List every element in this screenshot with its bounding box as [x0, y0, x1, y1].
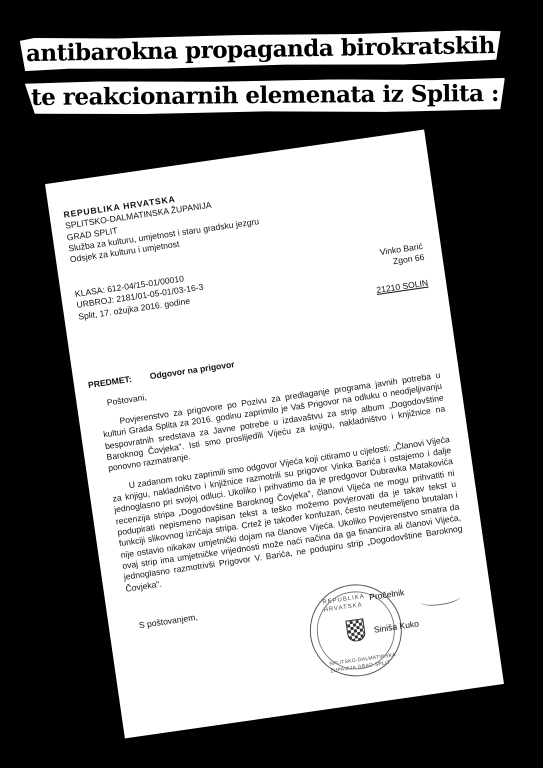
- headline-line-2: te reakcionarnih elemenata iz Splita :: [25, 78, 505, 115]
- coat-of-arms-icon: [345, 618, 366, 642]
- letter-document: REPUBLIKA HRVATSKA SPLITSKO-DALMATINSKA …: [45, 129, 504, 738]
- subject-line: PREDMET: Odgovor na prigovor: [87, 359, 235, 391]
- recipient-city: 21210 SOLIN: [375, 277, 428, 296]
- sender-block: REPUBLIKA HRVATSKA SPLITSKO-DALMATINSKA …: [62, 182, 261, 266]
- reference-block: KLASA: 612-04/15-01/00010 URBROJ: 2181/0…: [74, 270, 206, 322]
- closing: S poštovanjem,: [138, 611, 198, 631]
- signer-name: Siniša Kuko: [373, 618, 420, 636]
- headline-line-1: antibarokna propaganda birokratskih: [20, 30, 501, 71]
- recipient-block: Vinko Barić Zgon 66 21210 SOLIN: [370, 240, 428, 295]
- letter-body: Povjerenstvo za prigovore po Pozivu za p…: [101, 369, 466, 602]
- subject-label: PREDMET:: [87, 373, 132, 389]
- signer-block: Pročelnik Siniša Kuko: [368, 585, 419, 636]
- greeting: Poštovani,: [106, 391, 147, 408]
- subject-text: Odgovor na prigovor: [149, 359, 235, 381]
- seal-bottom-text: SPLITSKO-DALMATINSKA ŽUPANIJA GRAD SPLIT: [329, 650, 406, 674]
- signature-mark: [419, 591, 460, 608]
